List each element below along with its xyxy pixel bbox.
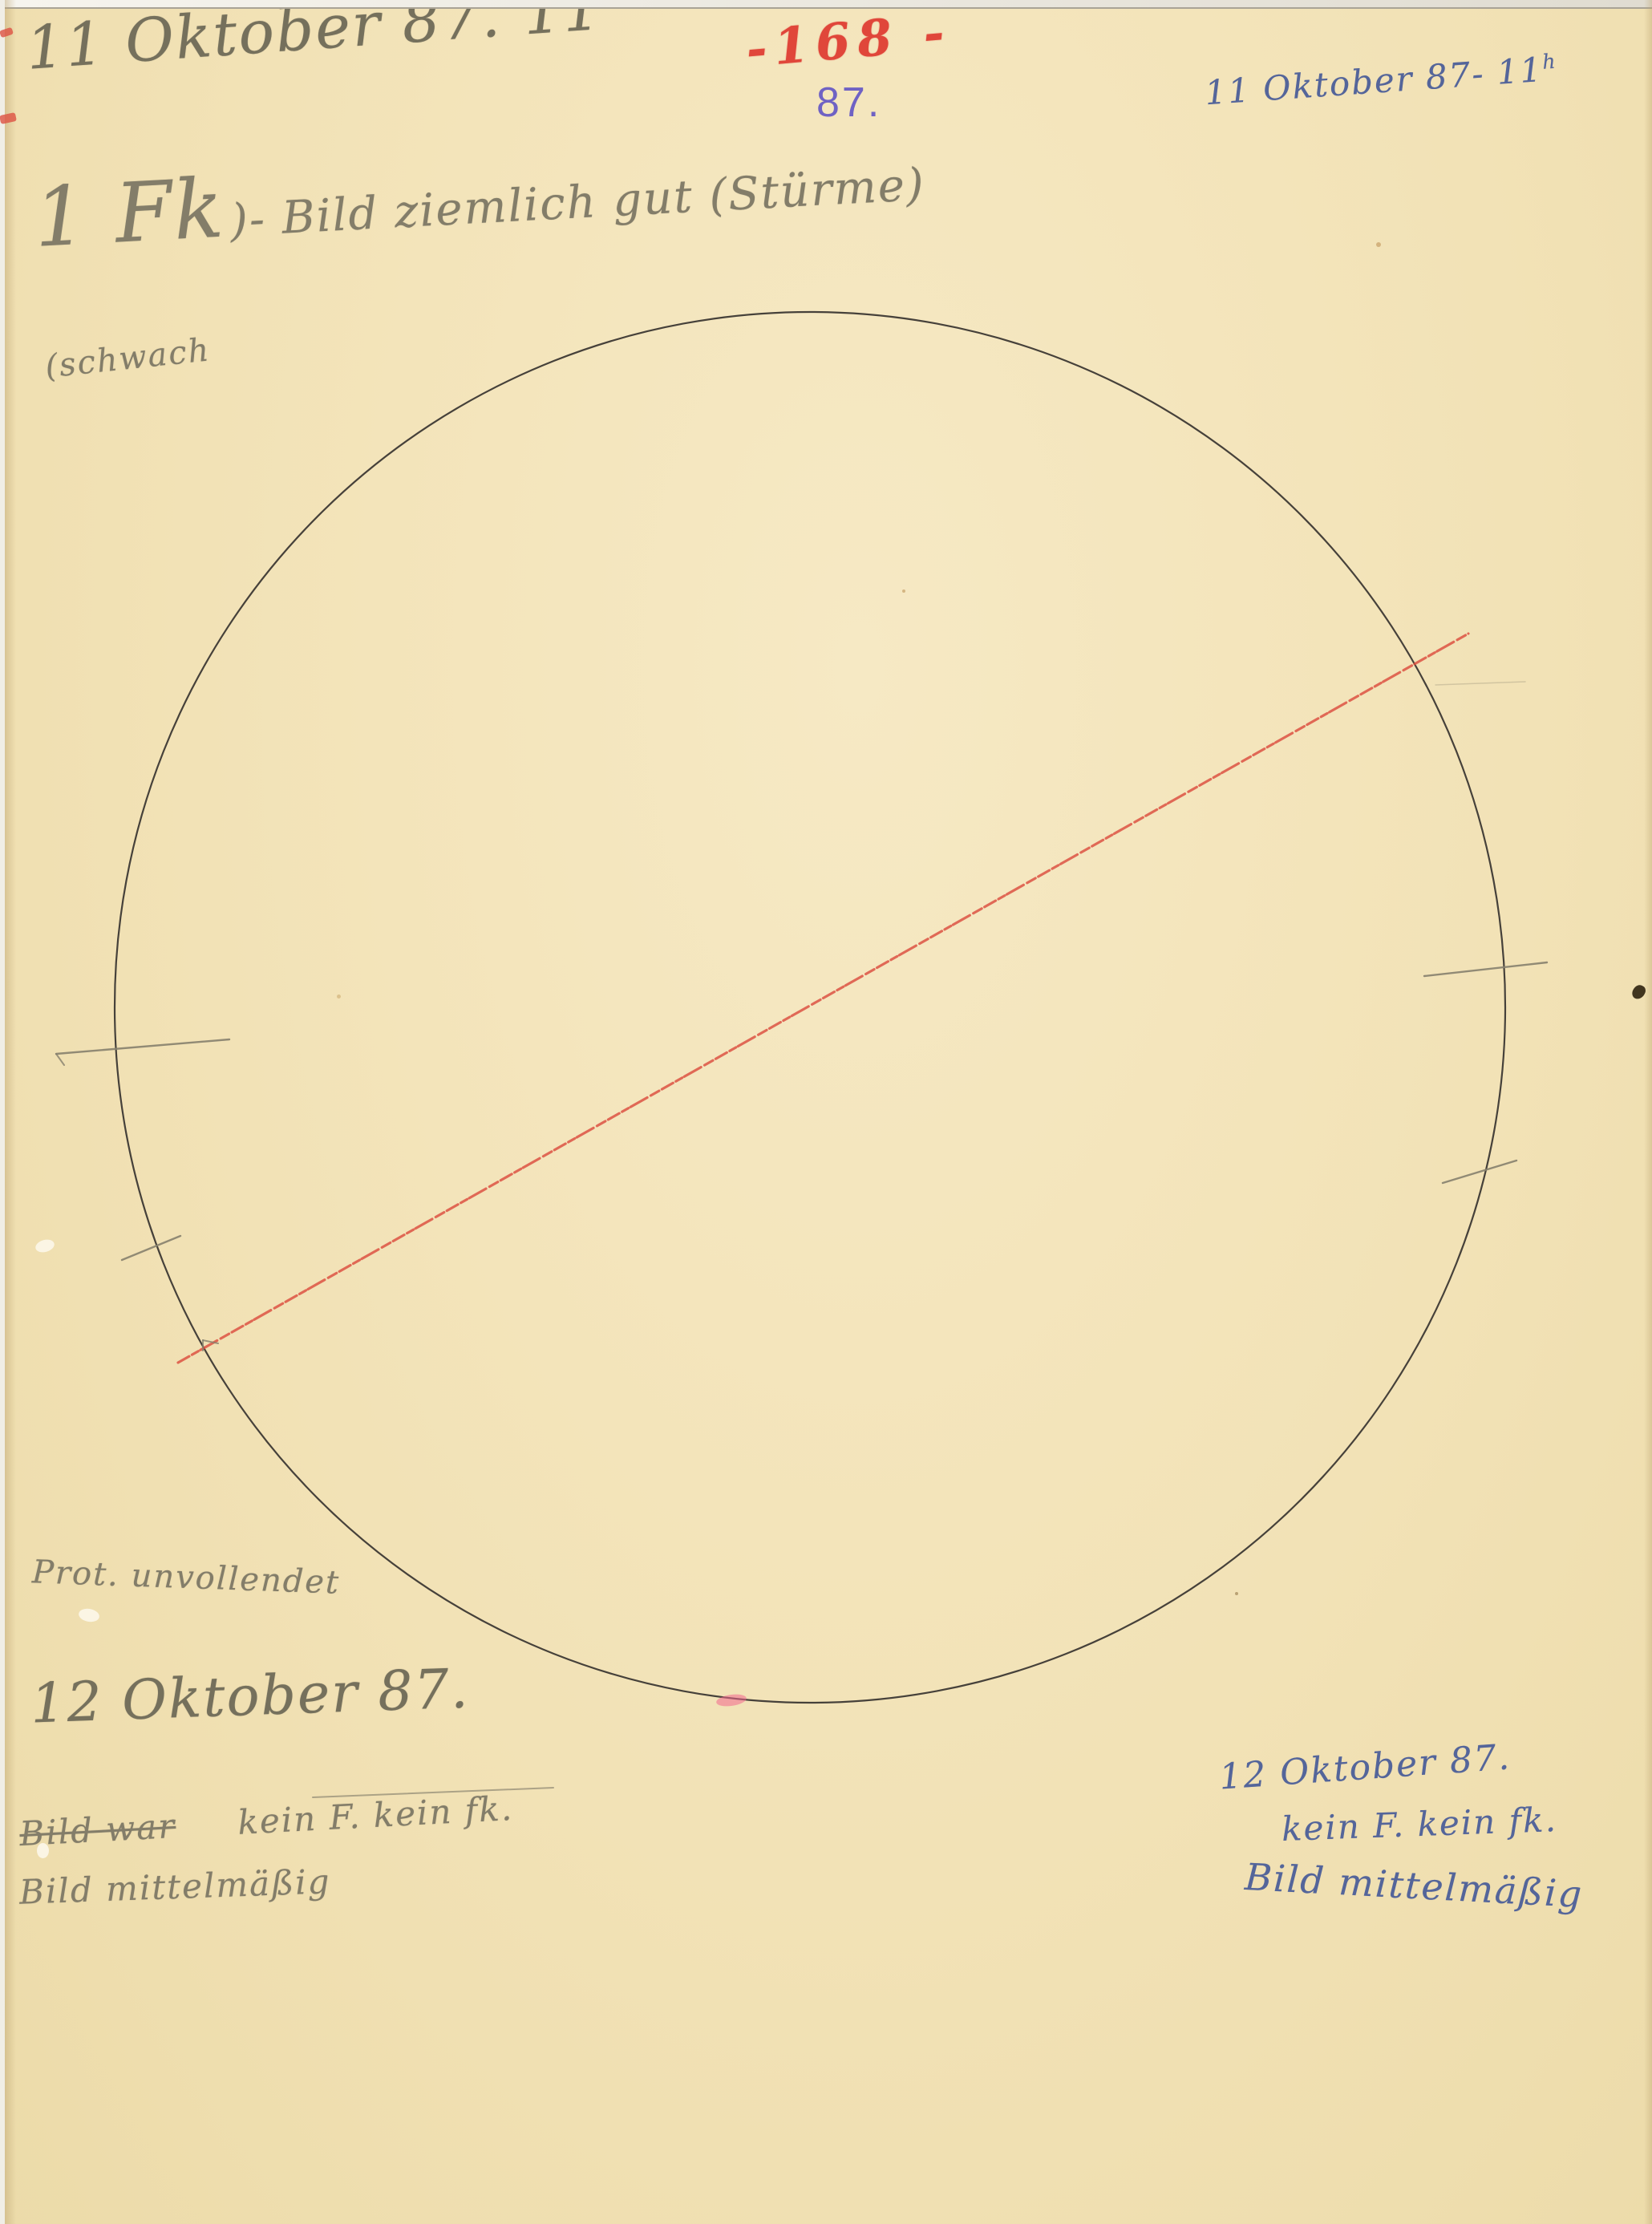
orientation-tick: [1424, 962, 1547, 976]
faculae-count: 1 Fk: [32, 168, 227, 260]
red-transit-line: [178, 634, 1468, 1363]
sheet-number-stamp: 87.: [816, 79, 881, 127]
solar-disk-outline: [115, 312, 1505, 1703]
pink-smudge: [715, 1692, 747, 1707]
scan-edge-top: [0, 0, 1652, 9]
orientation-tick: [1443, 1161, 1516, 1183]
orientation-tick: [122, 1236, 180, 1260]
pencil-artifact-line: [56, 1054, 64, 1065]
paper-speck: [1235, 1592, 1238, 1595]
page-edge-shadow-left: [5, 0, 16, 2224]
pencil-artifact-line: [1435, 682, 1525, 685]
orientation-tick: [56, 1039, 229, 1054]
paper-speck: [337, 995, 341, 999]
paper-chip: [37, 1843, 49, 1858]
paper-speck: [902, 589, 905, 593]
scanned-log-page: 11 Oktober 87.11h 1 Fk )- Bild ziemlich …: [0, 0, 1652, 2224]
page-edge-shadow-right: [1644, 0, 1652, 2224]
time-unit-sup: h: [1541, 50, 1557, 74]
paper-speck: [1376, 242, 1381, 247]
